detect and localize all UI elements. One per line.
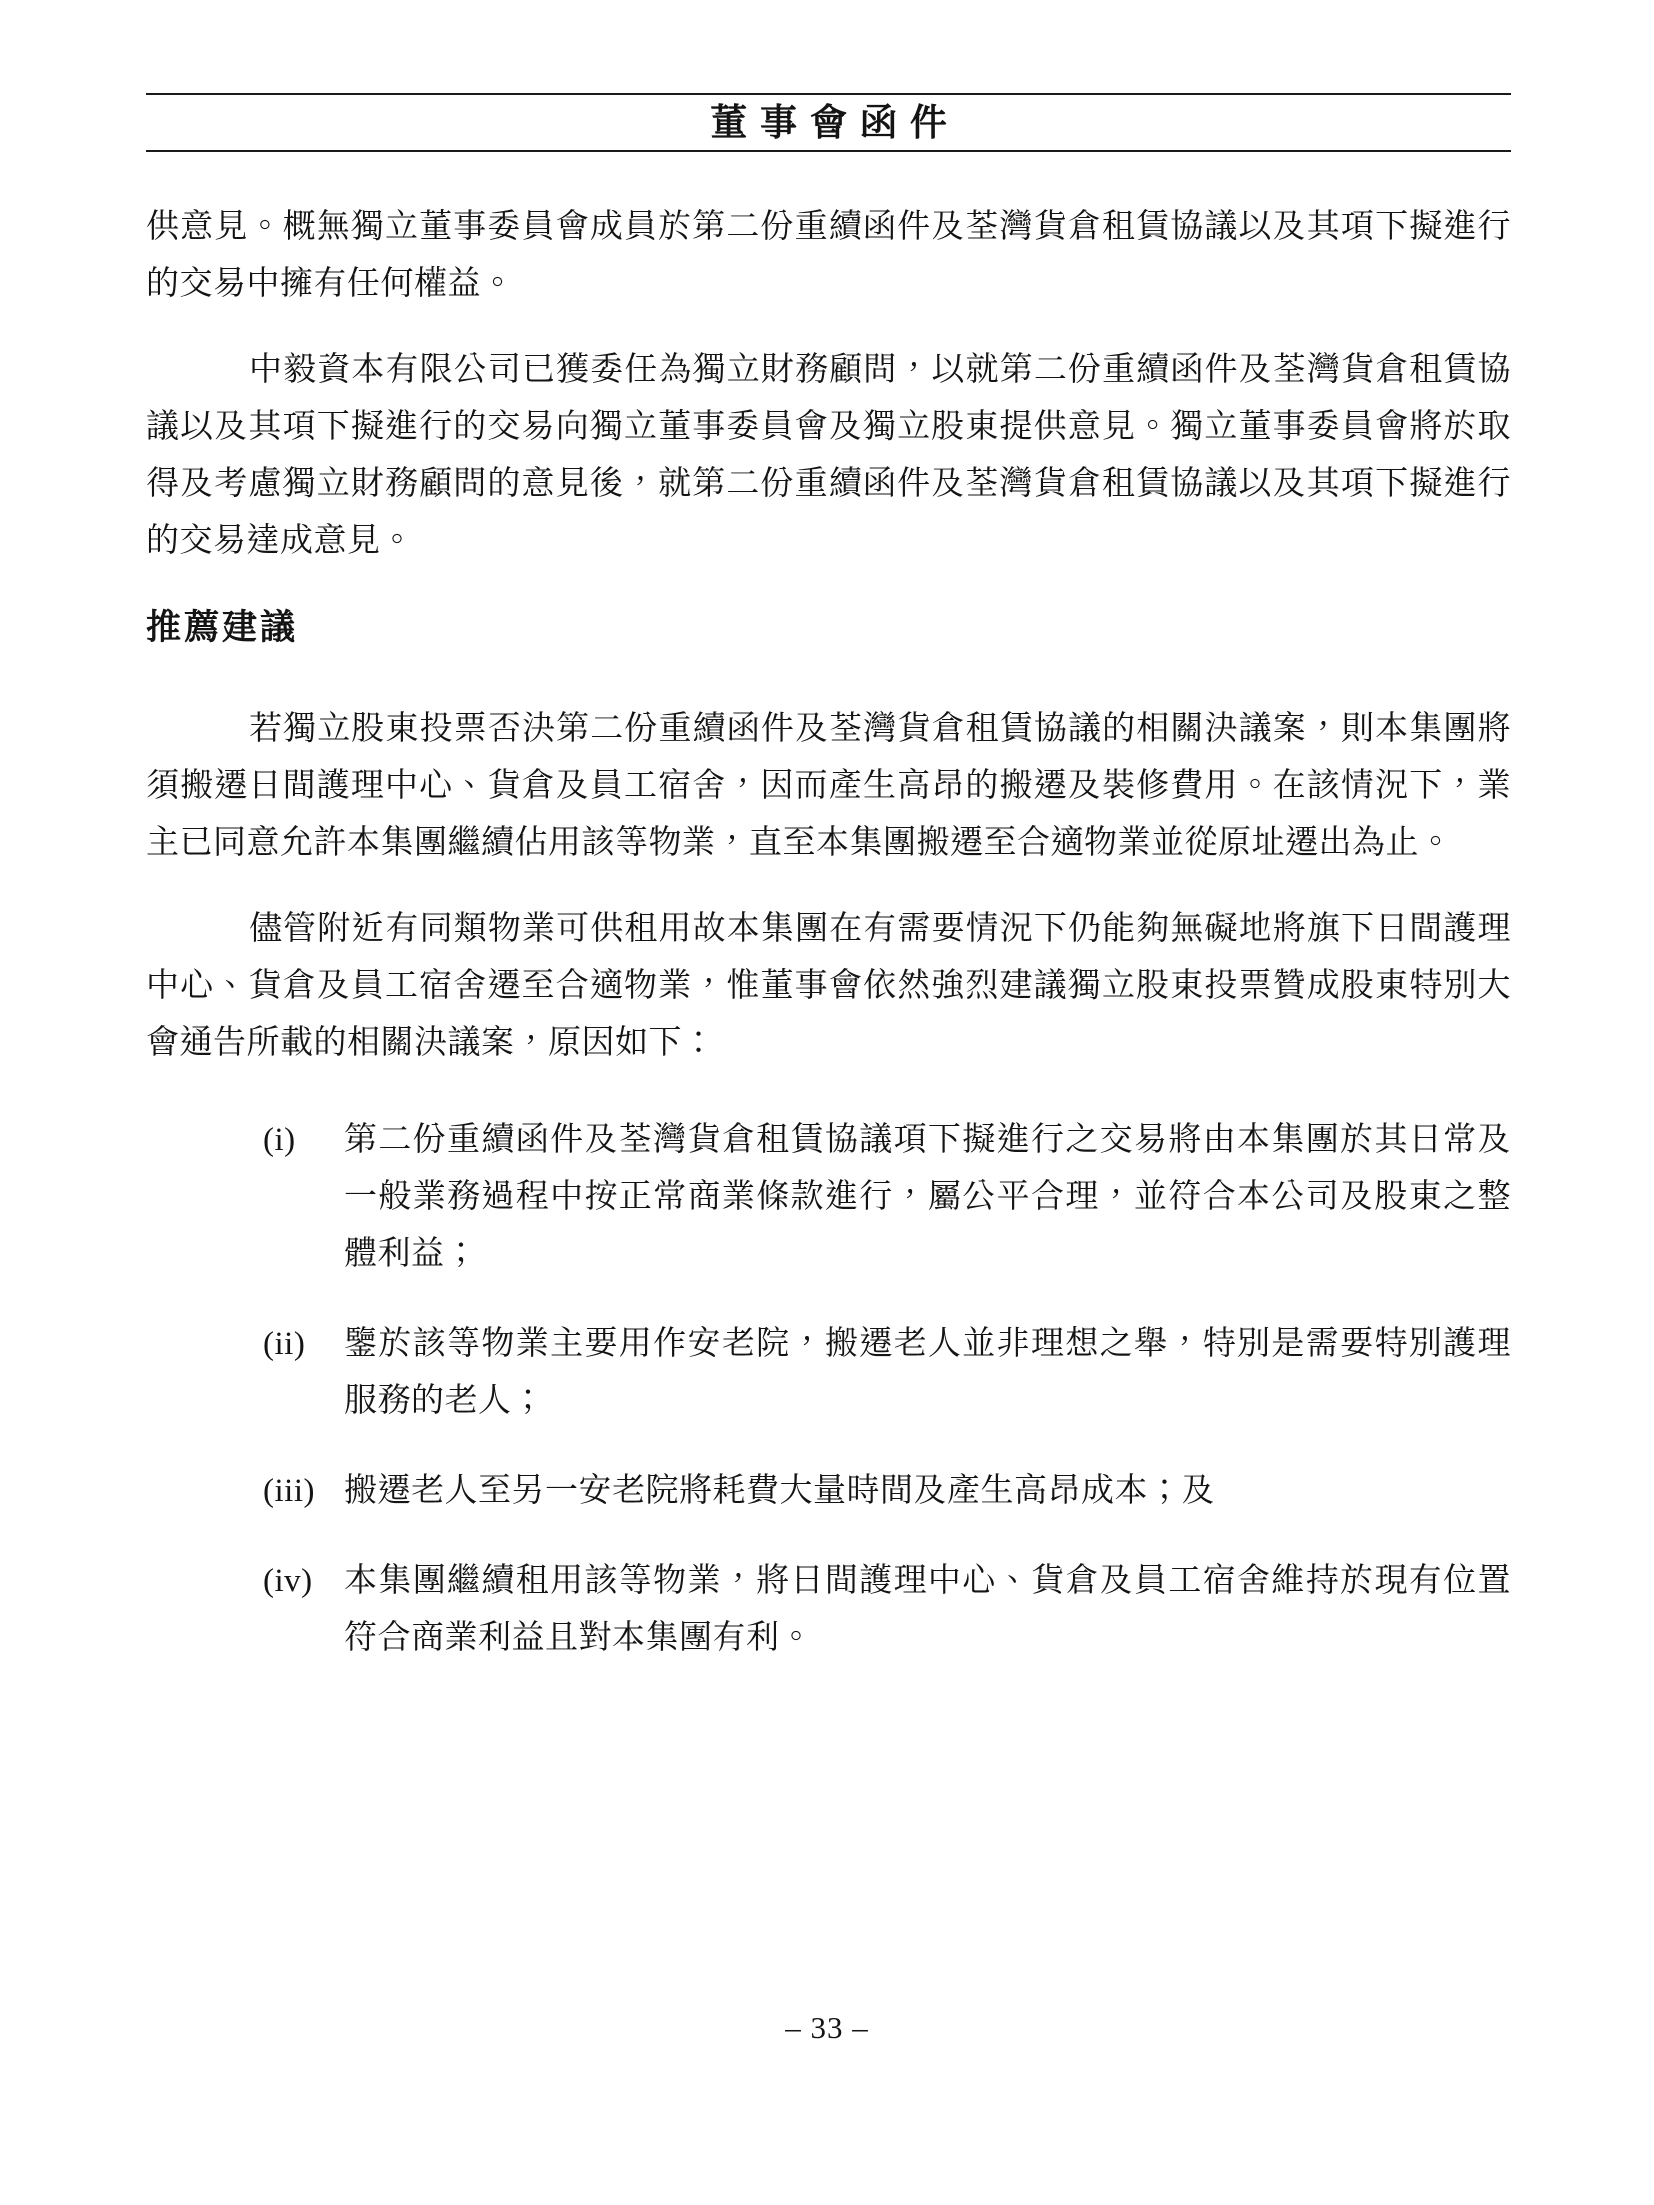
page-number: – 33 – <box>0 2010 1654 2046</box>
list-item: (iii) 搬遷老人至另一安老院將耗費大量時間及產生高昂成本；及 <box>146 1463 1511 1520</box>
list-item-text: 搬遷老人至另一安老院將耗費大量時間及產生高昂成本；及 <box>344 1463 1511 1520</box>
list-item-text: 第二份重續函件及荃灣貨倉租賃協議項下擬進行之交易將由本集團於其日常及一般業務過程… <box>344 1112 1511 1283</box>
list-item-marker: (i) <box>263 1112 344 1169</box>
paragraph-continuation: 供意見。概無獨立董事委員會成員於第二份重續函件及荃灣貨倉租賃協議以及其項下擬進行… <box>146 199 1511 313</box>
paragraph-recommendation-2: 儘管附近有同類物業可供租用故本集團在有需要情況下仍能夠無礙地將旗下日間護理中心、… <box>146 901 1511 1072</box>
document-body: 供意見。概無獨立董事委員會成員於第二份重續函件及荃灣貨倉租賃協議以及其項下擬進行… <box>146 199 1511 1667</box>
paragraph-advisor-appointment: 中毅資本有限公司已獲委任為獨立財務顧問，以就第二份重續函件及荃灣貨倉租賃協議以及… <box>146 342 1511 570</box>
reasons-list: (i) 第二份重續函件及荃灣貨倉租賃協議項下擬進行之交易將由本集團於其日常及一般… <box>146 1112 1511 1667</box>
page-title: 董事會函件 <box>146 95 1511 150</box>
list-item: (i) 第二份重續函件及荃灣貨倉租賃協議項下擬進行之交易將由本集團於其日常及一般… <box>146 1112 1511 1283</box>
paragraph-recommendation-1: 若獨立股東投票否決第二份重續函件及荃灣貨倉租賃協議的相關決議案，則本集團將須搬遷… <box>146 701 1511 872</box>
list-item-marker: (iv) <box>263 1553 344 1610</box>
list-item-marker: (ii) <box>263 1316 344 1373</box>
document-page: 董事會函件 供意見。概無獨立董事委員會成員於第二份重續函件及荃灣貨倉租賃協議以及… <box>0 0 1654 2205</box>
list-item: (iv) 本集團繼續租用該等物業，將日間護理中心、貨倉及員工宿舍維持於現有位置符… <box>146 1553 1511 1667</box>
list-item-text: 鑒於該等物業主要用作安老院，搬遷老人並非理想之舉，特別是需要特別護理服務的老人； <box>344 1316 1511 1430</box>
list-item-text: 本集團繼續租用該等物業，將日間護理中心、貨倉及員工宿舍維持於現有位置符合商業利益… <box>344 1553 1511 1667</box>
section-heading-recommendation: 推薦建議 <box>146 599 1511 656</box>
list-item-marker: (iii) <box>263 1463 344 1520</box>
running-header: 董事會函件 <box>146 93 1511 152</box>
list-item: (ii) 鑒於該等物業主要用作安老院，搬遷老人並非理想之舉，特別是需要特別護理服… <box>146 1316 1511 1430</box>
